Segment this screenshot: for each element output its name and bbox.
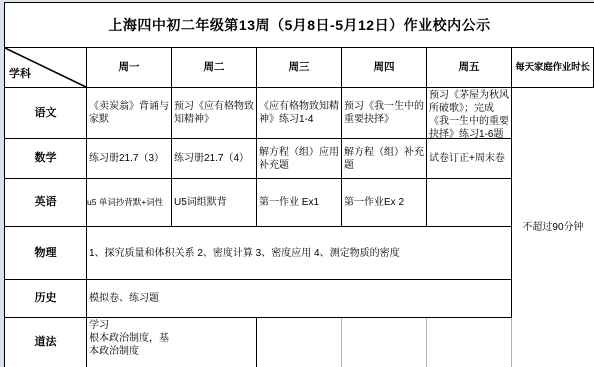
math-monday-cell: 练习册21.7（3） bbox=[87, 139, 172, 179]
physics-week-cell: 1、探究质量和体积关系 2、密度计算 3、密度应用 4、测定物质的密度 bbox=[87, 227, 512, 280]
chinese-monday-cell: 《卖炭翁》背诵与家默 bbox=[87, 88, 172, 139]
header-wednesday: 周三 bbox=[257, 48, 342, 88]
chinese-tuesday-cell: 预习《应有格物致知精神》 bbox=[172, 88, 257, 139]
subject-ethics: 道法 bbox=[5, 318, 87, 367]
ethics-thursday-cell bbox=[342, 318, 427, 367]
header-tuesday: 周二 bbox=[172, 48, 257, 88]
math-thursday-cell: 解方程（组）补充题 bbox=[342, 139, 427, 179]
english-tuesday-cell: U5词组默背 bbox=[172, 179, 257, 227]
subject-physics: 物理 bbox=[5, 227, 87, 280]
subject-chinese: 语文 bbox=[5, 88, 87, 139]
corner-label: 学科 bbox=[9, 68, 31, 81]
header-monday: 周一 bbox=[87, 48, 172, 88]
notice-sheet: 上海四中初二年级第13周（5月8日-5月12日）作业校内公示 学科 周一 周二 … bbox=[4, 2, 594, 367]
spreadsheet-screenshot: 上海四中初二年级第13周（5月8日-5月12日）作业校内公示 学科 周一 周二 … bbox=[0, 0, 594, 367]
chinese-wednesday-cell: 《应有格物致知精神》练习1-4 bbox=[257, 88, 342, 139]
math-tuesday-cell: 练习册21.7（4） bbox=[172, 139, 257, 179]
ethics-wednesday-cell bbox=[257, 318, 342, 367]
chinese-thursday-cell: 预习《我一生中的重要抉择》 bbox=[342, 88, 427, 139]
math-friday-cell: 试卷订正+周末卷 bbox=[427, 139, 512, 179]
english-friday-cell bbox=[427, 179, 512, 227]
subject-math: 数学 bbox=[5, 139, 87, 179]
corner-cell: 学科 bbox=[5, 48, 87, 88]
ethics-monday-cell: 学习 根本政治制度，基 本政治制度 bbox=[87, 318, 257, 367]
history-week-cell: 模拟卷、练习题 bbox=[87, 280, 512, 318]
duration-value: 不超过90分钟 bbox=[512, 88, 594, 367]
notice-title: 上海四中初二年级第13周（5月8日-5月12日）作业校内公示 bbox=[5, 3, 594, 48]
subject-english: 英语 bbox=[5, 179, 87, 227]
homework-table: 学科 周一 周二 周三 周四 周五 每天家庭作业时长 不超过90分钟 语文 《卖… bbox=[5, 48, 594, 367]
header-friday: 周五 bbox=[427, 48, 512, 88]
chinese-friday-cell: 预习《茅屋为秋风所破歌》；完成《我一生中的重要抉择》练习1-6题 bbox=[427, 88, 512, 139]
ethics-friday-cell bbox=[427, 318, 512, 367]
english-wednesday-cell: 第一作业 Ex1 bbox=[257, 179, 342, 227]
english-monday-cell: u5 单词抄背默+词性 bbox=[87, 179, 172, 227]
header-duration: 每天家庭作业时长 bbox=[512, 48, 594, 88]
math-wednesday-cell: 解方程（组）应用补充题 bbox=[257, 139, 342, 179]
header-thursday: 周四 bbox=[342, 48, 427, 88]
english-thursday-cell: 第一作业Ex 2 bbox=[342, 179, 427, 227]
subject-history: 历史 bbox=[5, 280, 87, 318]
